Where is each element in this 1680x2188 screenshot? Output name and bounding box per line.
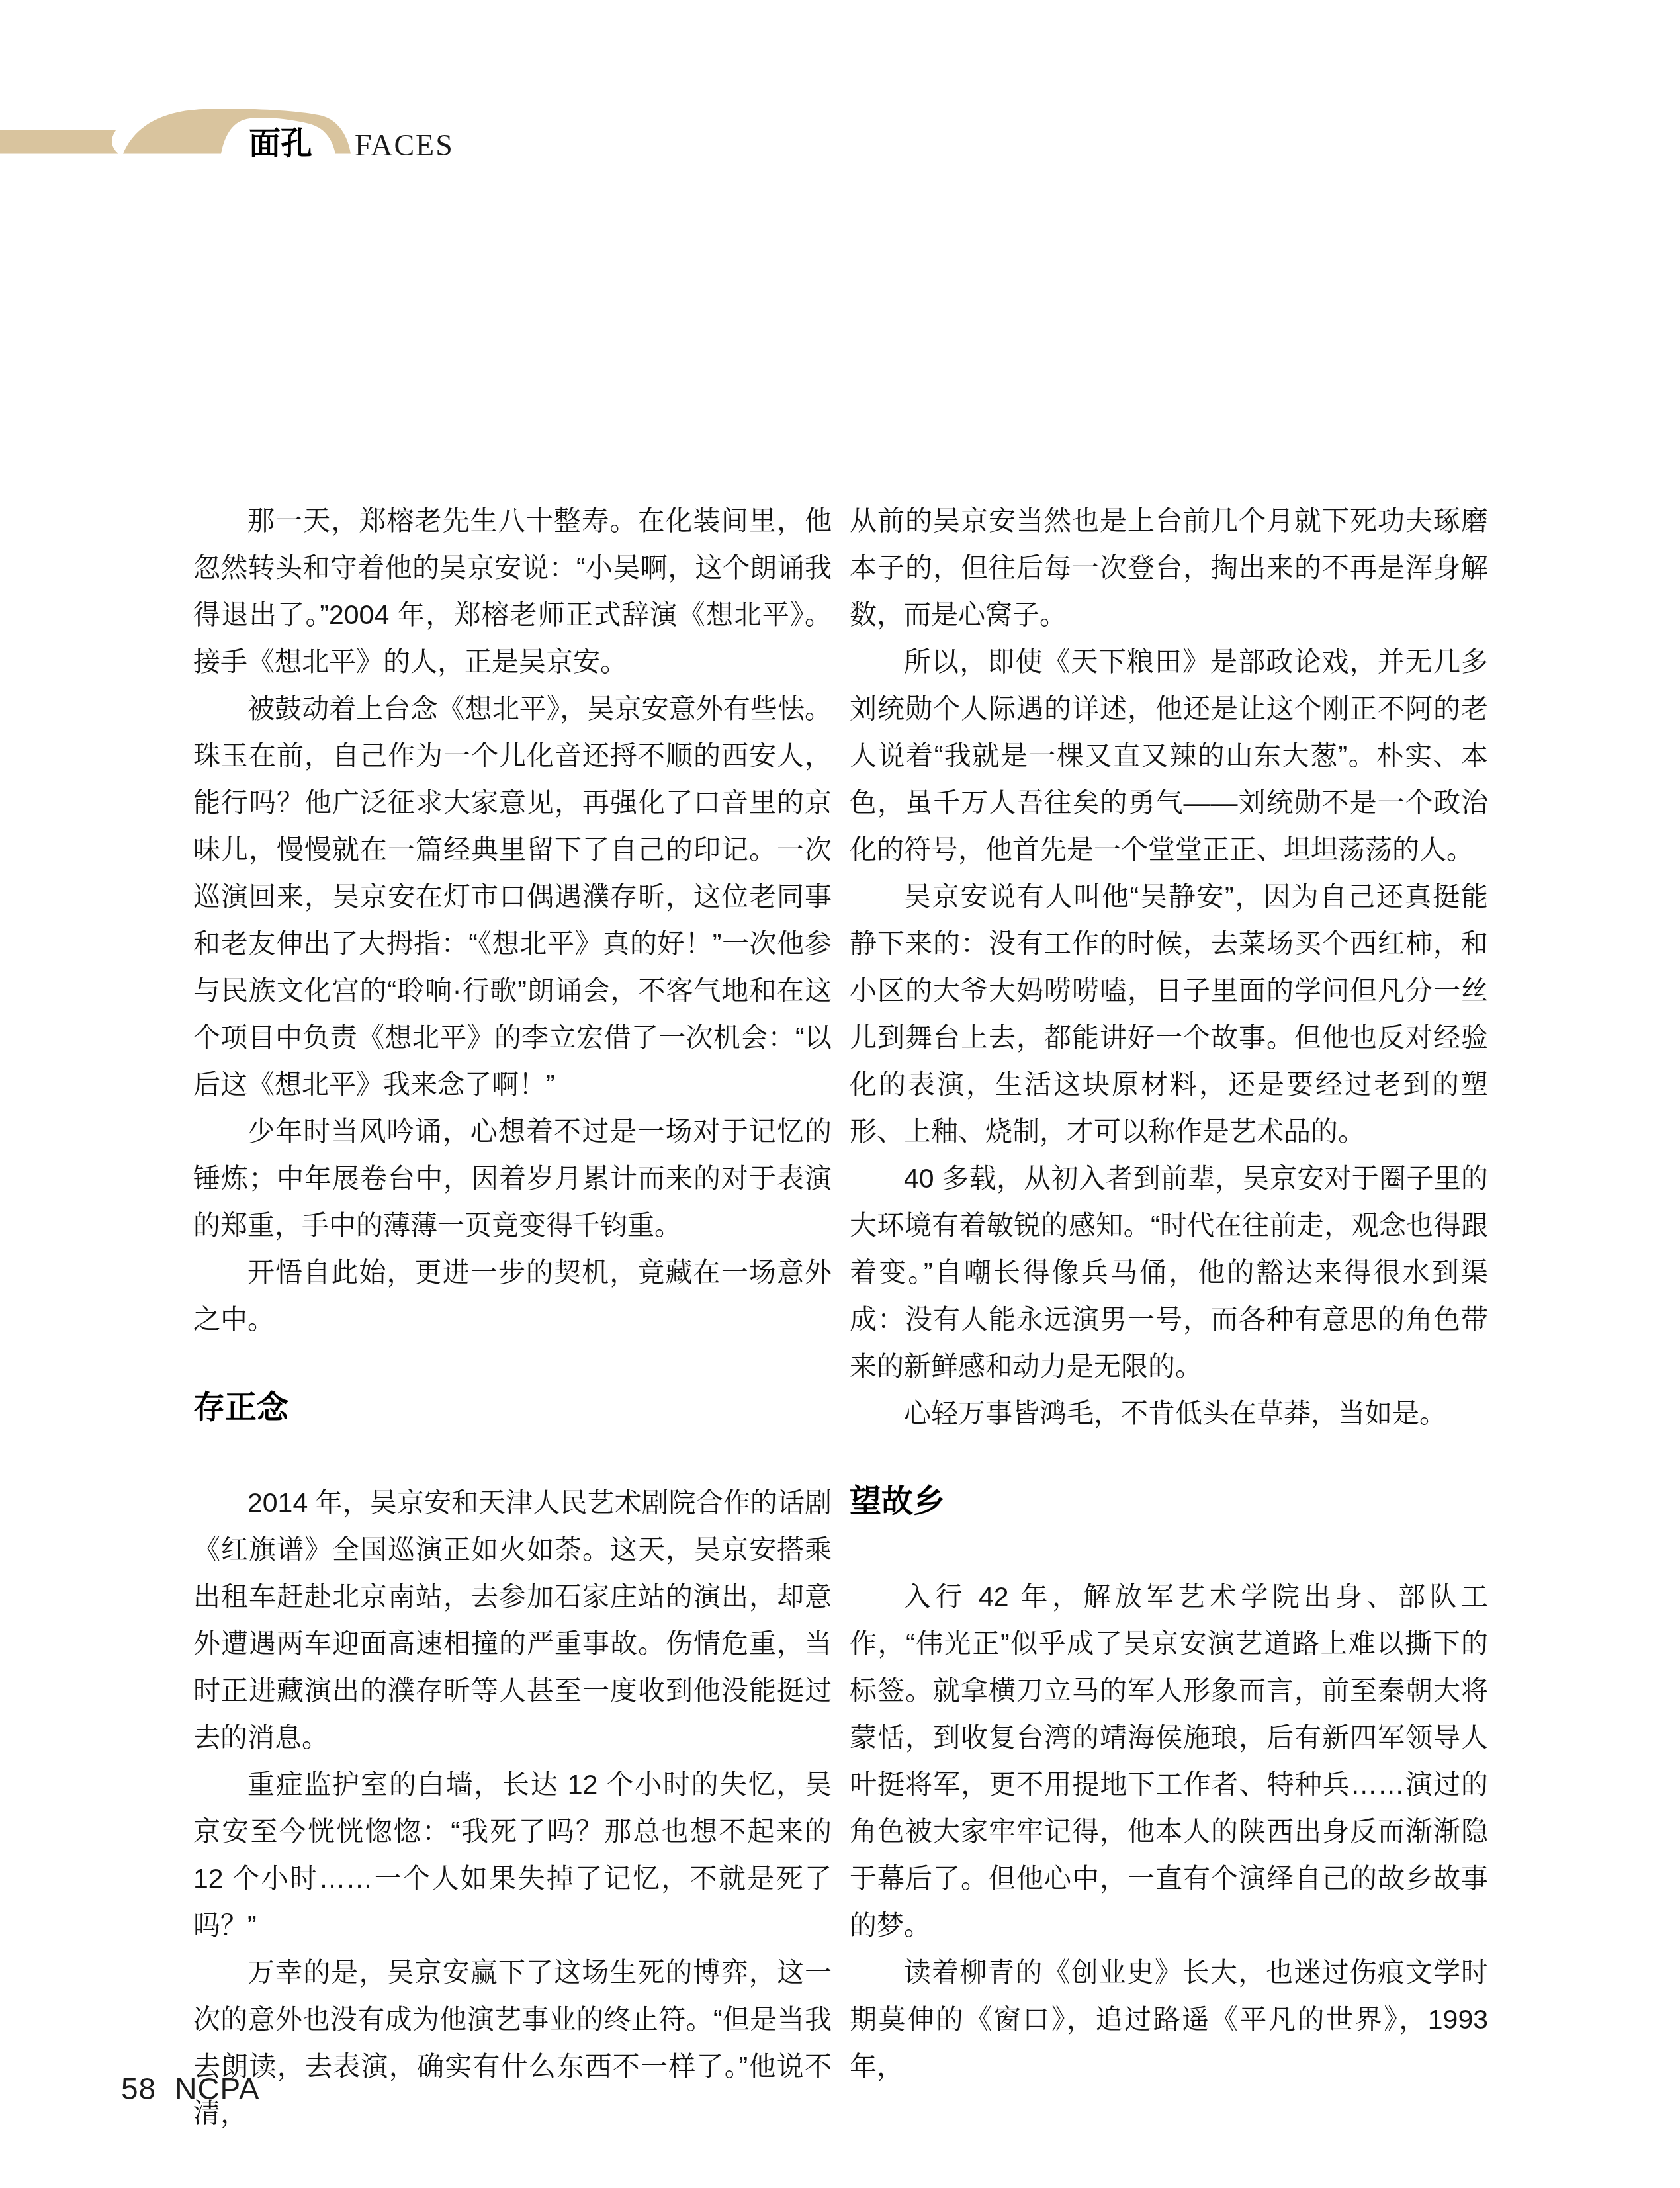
body-paragraph: 40 多载，从初入者到前辈，吴京安对于圈子里的大环境有着敏锐的感知。“时代在往前… [850, 1155, 1488, 1390]
body-paragraph: 少年时当风吟诵，心想着不过是一场对于记忆的锤炼；中年展卷台中，因着岁月累计而来的… [193, 1108, 832, 1249]
body-paragraph: 开悟自此始，更进一步的契机，竟藏在一场意外之中。 [193, 1249, 832, 1343]
page-footer: 58 NCPA [121, 2072, 260, 2105]
page-header: 面孔 FACES [0, 0, 596, 198]
section-heading: 望故乡 [850, 1482, 1488, 1522]
swoosh-bar-shape [0, 130, 118, 154]
body-paragraph: 吴京安说有人叫他“吴静安”，因为自己还真挺能静下来的：没有工作的时候，去菜场买个… [850, 873, 1488, 1155]
swoosh-wave-shape [123, 109, 351, 153]
body-paragraph: 从前的吴京安当然也是上台前几个月就下死功夫琢磨本子的，但往后每一次登台，掏出来的… [850, 498, 1488, 638]
body-paragraph: 所以，即使《天下粮田》是部政论戏，并无几多刘统勋个人际遇的详述，他还是让这个刚正… [850, 638, 1488, 873]
body-paragraph: 重症监护室的白墙，长达 12 个小时的失忆，吴京安至今恍恍惚惚：“我死了吗？那总… [193, 1761, 832, 1949]
body-paragraph: 那一天，郑榕老先生八十整寿。在化装间里，他忽然转头和守着他的吴京安说：“小吴啊，… [193, 498, 832, 685]
swoosh-graphic [0, 106, 371, 162]
section-title-chinese: 面孔 [249, 128, 312, 160]
magazine-page: 面孔 FACES 那一天，郑榕老先生八十整寿。在化装间里，他忽然转头和守着他的吴… [0, 0, 1680, 2188]
section-title-english: FACES [355, 132, 454, 159]
body-paragraph: 心轻万事皆鸿毛，不肯低头在草莽，当如是。 [850, 1390, 1488, 1437]
magazine-name: NCPA [175, 2072, 259, 2105]
body-paragraph: 读着柳青的《创业史》长大，也迷过伤痕文学时期莫伸的《窗口》，追过路遥《平凡的世界… [850, 1949, 1488, 2090]
page-number: 58 [121, 2072, 156, 2105]
body-paragraph: 2014 年，吴京安和天津人民艺术剧院合作的话剧《红旗谱》全国巡演正如火如荼。这… [193, 1479, 832, 1761]
article-left-column: 那一天，郑榕老先生八十整寿。在化装间里，他忽然转头和守着他的吴京安说：“小吴啊，… [193, 498, 832, 2137]
article-right-column: 从前的吴京安当然也是上台前几个月就下死功夫琢磨本子的，但往后每一次登台，掏出来的… [850, 498, 1488, 2090]
section-heading: 存正念 [193, 1388, 832, 1428]
body-paragraph: 入行 42 年，解放军艺术学院出身、部队工作，“伟光正”似乎成了吴京安演艺道路上… [850, 1573, 1488, 1949]
body-paragraph: 被鼓动着上台念《想北平》，吴京安意外有些怯。珠玉在前，自己作为一个儿化音还捋不顺… [193, 685, 832, 1108]
body-paragraph: 万幸的是，吴京安赢下了这场生死的博弈，这一次的意外也没有成为他演艺事业的终止符。… [193, 1949, 832, 2137]
